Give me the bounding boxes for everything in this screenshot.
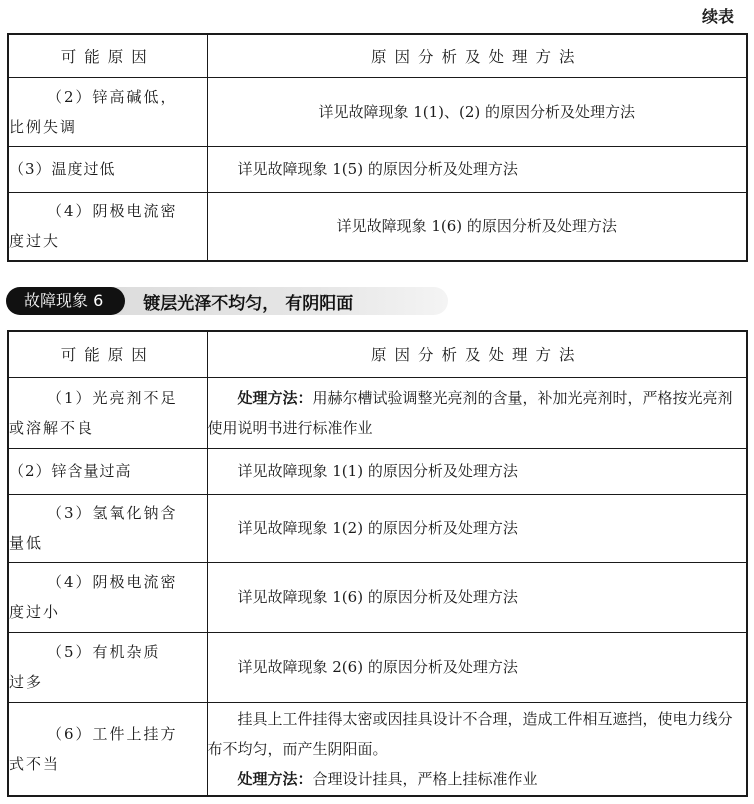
cause-line: 度过大 bbox=[9, 232, 60, 250]
table-row: （2）锌高碱低， 比例失调 详见故障现象 1(1)、(2) 的原因分析及处理方法 bbox=[8, 77, 747, 146]
cause-line: 过多 bbox=[9, 673, 43, 691]
table-row: （3）氢氧化钠含 量低 详见故障现象 1(2) 的原因分析及处理方法 bbox=[8, 494, 747, 562]
fault-table-6: 可能原因 原因分析及处理方法 （1）光亮剂不足 或溶解不良 处理方法：用赫尔槽试… bbox=[7, 330, 748, 797]
method-text: 合理设计挂具，严格上挂标准作业 bbox=[313, 770, 538, 788]
cause-cell: （2）锌高碱低， 比例失调 bbox=[8, 77, 207, 146]
cause-cell: （3）氢氧化钠含 量低 bbox=[8, 494, 207, 562]
cause-cell: （4）阴极电流密 度过小 bbox=[8, 562, 207, 632]
cause-line: （4）阴极电流密 bbox=[9, 196, 207, 226]
cause-line: （5）有机杂质 bbox=[9, 637, 207, 667]
fault-table-continued: 可能原因 原因分析及处理方法 （2）锌高碱低， 比例失调 详见故障现象 1(1)… bbox=[7, 33, 748, 262]
analysis-paragraph: 处理方法：合理设计挂具，严格上挂标准作业 bbox=[208, 764, 747, 794]
cause-cell: （4）阴极电流密 度过大 bbox=[8, 192, 207, 261]
cause-line: （6）工件上挂方 bbox=[9, 719, 207, 749]
analysis-cell: 处理方法：用赫尔槽试验调整光亮剂的含量，补加光亮剂时，严格按光亮剂使用说明书进行… bbox=[207, 377, 747, 448]
table-row: （5）有机杂质 过多 详见故障现象 2(6) 的原因分析及处理方法 bbox=[8, 632, 747, 702]
table-row: （6）工件上挂方 式不当 挂具上工件挂得太密或因挂具设计不合理，造成工件相互遮挡… bbox=[8, 702, 747, 796]
method-label: 处理方法： bbox=[238, 770, 313, 788]
analysis-cell: 详见故障现象 1(6) 的原因分析及处理方法 bbox=[207, 562, 747, 632]
cause-line: 比例失调 bbox=[9, 118, 77, 136]
analysis-paragraph: 挂具上工件挂得太密或因挂具设计不合理，造成工件相互遮挡，使电力线分布不均匀，而产… bbox=[208, 704, 747, 764]
analysis-cell: 详见故障现象 1(1)、(2) 的原因分析及处理方法 bbox=[207, 77, 747, 146]
cause-line: 量低 bbox=[9, 534, 43, 552]
cause-line: （2）锌高碱低， bbox=[9, 82, 207, 112]
table-row: （2）锌含量过高 详见故障现象 1(1) 的原因分析及处理方法 bbox=[8, 448, 747, 494]
cause-cell: （5）有机杂质 过多 bbox=[8, 632, 207, 702]
table-row: （4）阴极电流密 度过小 详见故障现象 1(6) 的原因分析及处理方法 bbox=[8, 562, 747, 632]
cause-line: 式不当 bbox=[9, 755, 60, 773]
cause-line: （4）阴极电流密 bbox=[9, 567, 207, 597]
cause-cell: （3）温度过低 bbox=[8, 146, 207, 192]
table-header-row: 可能原因 原因分析及处理方法 bbox=[8, 34, 747, 77]
analysis-cell: 详见故障现象 2(6) 的原因分析及处理方法 bbox=[207, 632, 747, 702]
cause-line: （1）光亮剂不足 bbox=[9, 383, 207, 413]
analysis-cell: 详见故障现象 1(2) 的原因分析及处理方法 bbox=[207, 494, 747, 562]
cause-cell: （2）锌含量过高 bbox=[8, 448, 207, 494]
header-possible-cause: 可能原因 bbox=[8, 34, 207, 77]
cause-cell: （6）工件上挂方 式不当 bbox=[8, 702, 207, 796]
cause-line: 度过小 bbox=[9, 603, 60, 621]
header-possible-cause: 可能原因 bbox=[8, 331, 207, 377]
fault-title: 镀层光泽不均匀， 有阴阳面 bbox=[143, 289, 353, 314]
header-analysis-method: 原因分析及处理方法 bbox=[207, 34, 747, 77]
table-header-row: 可能原因 原因分析及处理方法 bbox=[8, 331, 747, 377]
method-label: 处理方法： bbox=[238, 389, 313, 407]
analysis-cell: 详见故障现象 1(5) 的原因分析及处理方法 bbox=[207, 146, 747, 192]
cause-cell: （1）光亮剂不足 或溶解不良 bbox=[8, 377, 207, 448]
analysis-cell: 详见故障现象 1(6) 的原因分析及处理方法 bbox=[207, 192, 747, 261]
table-row: （4）阴极电流密 度过大 详见故障现象 1(6) 的原因分析及处理方法 bbox=[8, 192, 747, 261]
cause-line: 或溶解不良 bbox=[9, 419, 94, 437]
continued-table-label: 续表 bbox=[702, 4, 734, 27]
fault-section-banner: 故障现象 6 镀层光泽不均匀， 有阴阳面 bbox=[6, 287, 353, 315]
table-row: （1）光亮剂不足 或溶解不良 处理方法：用赫尔槽试验调整光亮剂的含量，补加光亮剂… bbox=[8, 377, 747, 448]
table-row: （3）温度过低 详见故障现象 1(5) 的原因分析及处理方法 bbox=[8, 146, 747, 192]
analysis-cell: 挂具上工件挂得太密或因挂具设计不合理，造成工件相互遮挡，使电力线分布不均匀，而产… bbox=[207, 702, 747, 796]
analysis-cell: 详见故障现象 1(1) 的原因分析及处理方法 bbox=[207, 448, 747, 494]
fault-number-tag: 故障现象 6 bbox=[6, 287, 125, 315]
cause-line: （3）氢氧化钠含 bbox=[9, 498, 207, 528]
header-analysis-method: 原因分析及处理方法 bbox=[207, 331, 747, 377]
analysis-paragraph: 处理方法：用赫尔槽试验调整光亮剂的含量，补加光亮剂时，严格按光亮剂使用说明书进行… bbox=[208, 383, 747, 443]
